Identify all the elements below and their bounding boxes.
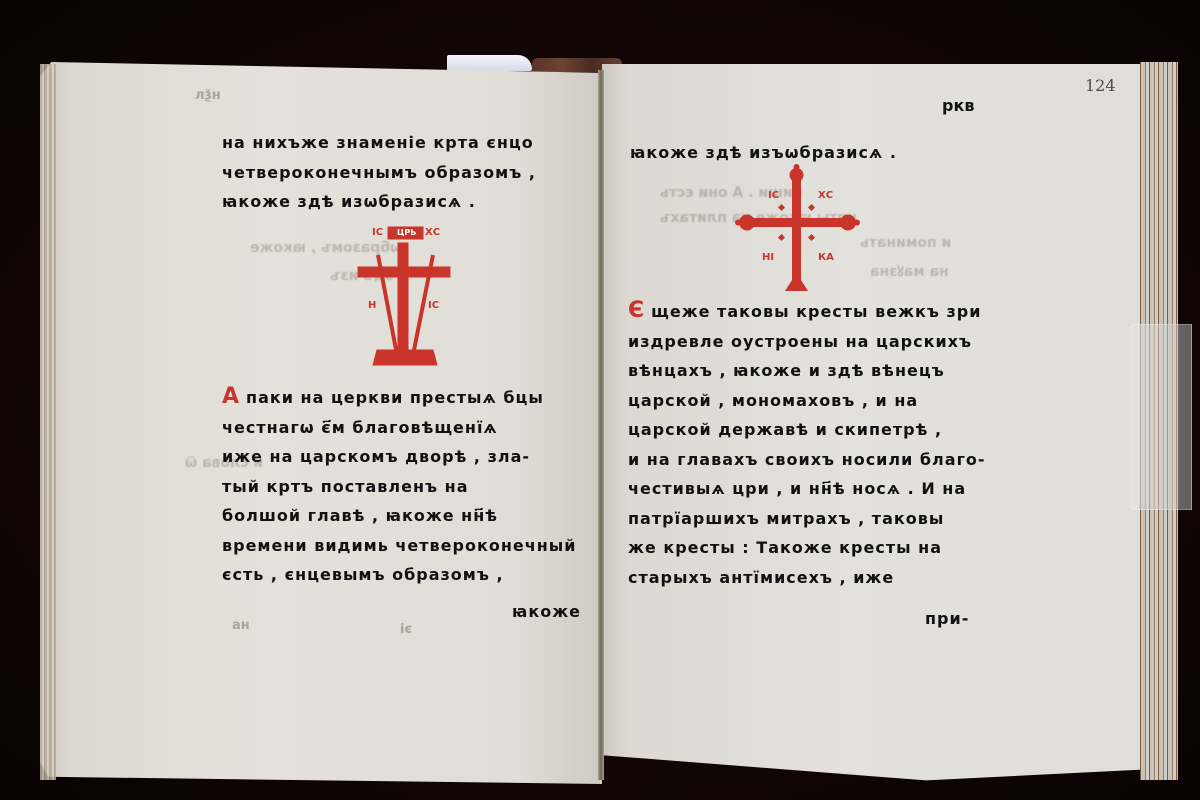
- text-line: честнагѡ є҃м благовѣщенїѧ: [222, 413, 572, 443]
- text-line: ꙗкоже здѣ изѡбразисѧ .: [222, 187, 572, 217]
- left-page-edges: [40, 64, 56, 780]
- bleed-through-text: на маꙋзна: [870, 262, 949, 281]
- pencil-page-number: 124: [1085, 76, 1116, 95]
- text-line: царской , мономаховъ , и на: [628, 386, 973, 416]
- red-initial: Є: [628, 298, 645, 323]
- cross-label: НІ: [762, 252, 774, 263]
- paper-bookmark: [447, 55, 532, 71]
- bleed-through-text: и поминать: [860, 235, 951, 251]
- page-tab-marker[interactable]: [1128, 324, 1192, 510]
- cross-label: ІС: [372, 227, 383, 238]
- catchword: при-: [925, 604, 969, 634]
- open-book: ѡбразомъ , ꙗкоже здѣ изъ и слова ѿ пиши …: [0, 0, 1200, 800]
- folio-number: ркв: [942, 96, 974, 115]
- left-text-body: Апаки на церкви престыѧ бцы честнагѡ є҃м…: [222, 382, 572, 590]
- text-line: времени видимь четвероконечный: [222, 531, 572, 561]
- cross-label: ІС: [428, 300, 439, 311]
- cross-label: ХС: [818, 190, 833, 201]
- red-initial: А: [222, 384, 240, 409]
- book-gutter: [598, 70, 604, 780]
- text-line: издревле оустроены на царскихъ: [628, 327, 973, 357]
- text-line: старыхъ антїмисехъ , иже: [628, 563, 973, 593]
- text-line: єсть , єнцевымъ образомъ ,: [222, 560, 572, 590]
- calvary-cross-icon: [355, 225, 455, 370]
- text-line: царской державѣ и скипетрѣ ,: [628, 415, 973, 445]
- text-line: болшой главѣ , ꙗкоже нн҃ѣ: [222, 501, 572, 531]
- text-line: и на главахъ своихъ носили благо-: [628, 445, 973, 475]
- cross-label: КА: [818, 252, 834, 263]
- cross-label: ХС: [425, 227, 440, 238]
- text-line: патрїаршихъ митрахъ , таковы: [628, 504, 973, 534]
- text-line: иже на царскомъ дворѣ , зла-: [222, 442, 572, 472]
- text-line: честивыѧ цри , и нн҃ѣ носѧ . И на: [628, 474, 973, 504]
- signature-mark: іє: [400, 622, 412, 637]
- ornamented-cross-icon: [735, 163, 860, 293]
- text-line: на нихъже знаменіе крта єнцо: [222, 128, 572, 158]
- cross-label: ІС: [768, 190, 779, 201]
- cross-title: ЦРЬ: [397, 228, 416, 237]
- text-line: тый кртъ поставленъ на: [222, 472, 572, 502]
- left-text-top: на нихъже знаменіе крта єнцо четвероконе…: [222, 128, 572, 217]
- right-text-body: Єщеже таковы кресты вежкъ зри издревле о…: [628, 296, 973, 592]
- margin-mark: лѯн: [195, 88, 221, 103]
- text-line: же кресты : Такоже кресты на: [628, 533, 973, 563]
- text-line: четвероконечнымъ образомъ ,: [222, 158, 572, 188]
- text-line: Апаки на церкви престыѧ бцы: [222, 382, 572, 413]
- cross-label: Н: [368, 300, 376, 311]
- signature-mark: ан: [232, 618, 250, 633]
- text-line: вѣнцахъ , ꙗкоже и здѣ вѣнецъ: [628, 356, 973, 386]
- catchword: ꙗкоже: [512, 597, 581, 627]
- text-line: Єщеже таковы кресты вежкъ зри: [628, 296, 973, 327]
